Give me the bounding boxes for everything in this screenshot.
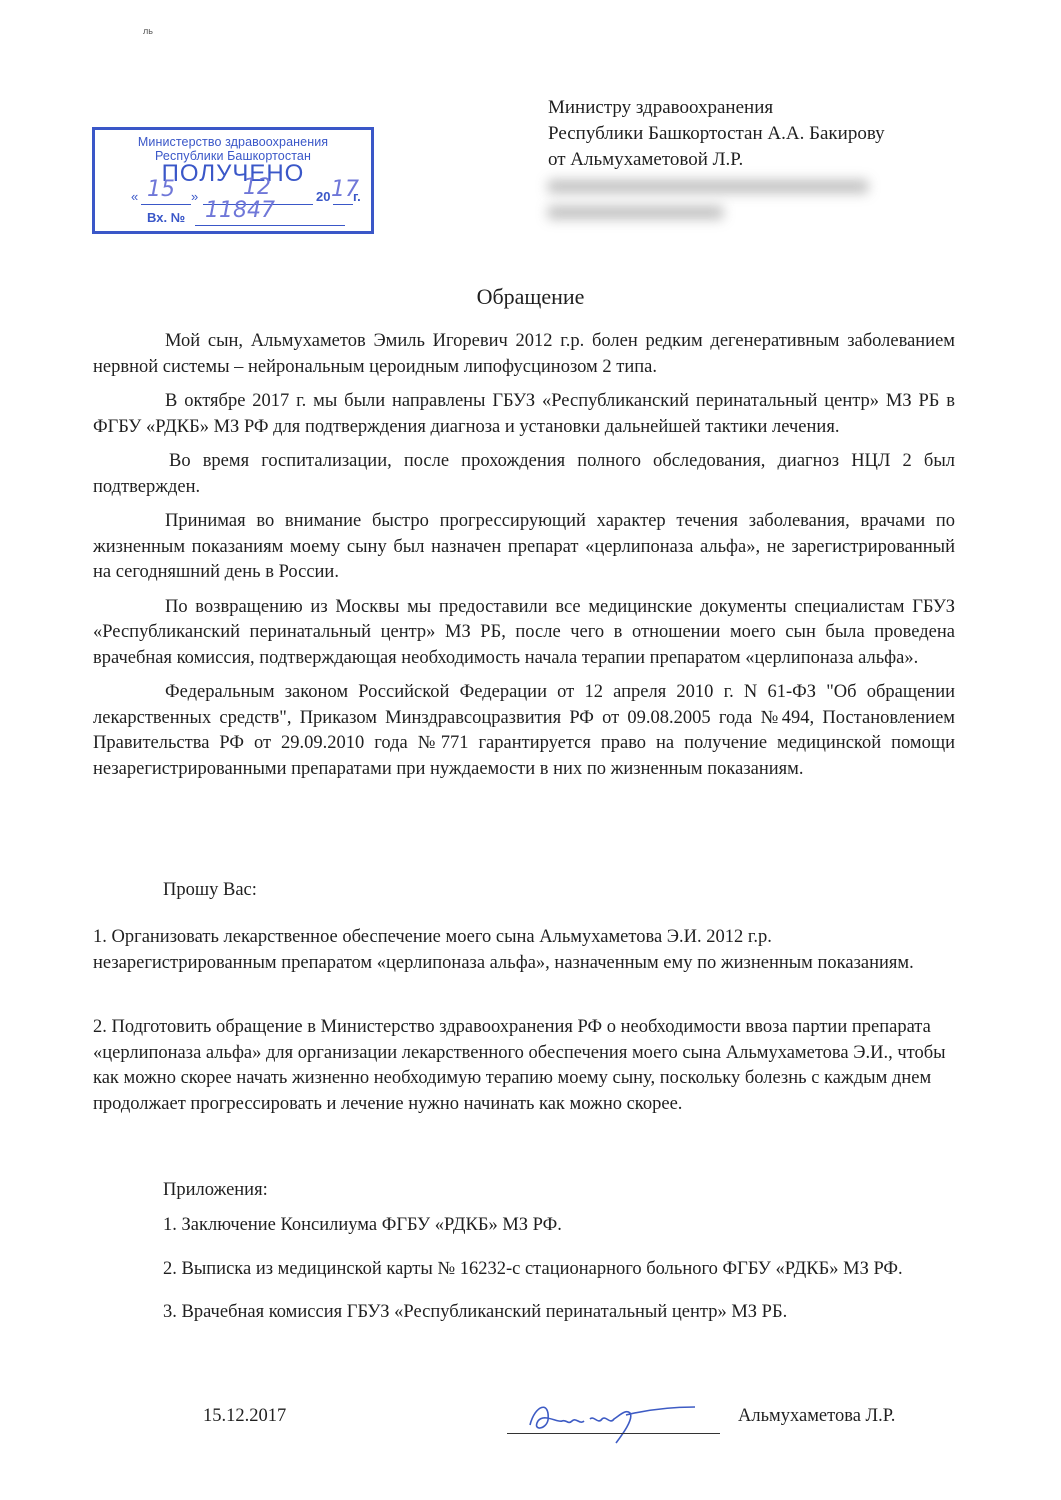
attachment-item: 3. Врачебная комиссия ГБУЗ «Республиканс…: [93, 1300, 955, 1326]
stamp-number: 11847: [205, 198, 275, 223]
paragraph: Принимая во внимание быстро прогрессирую…: [93, 509, 955, 586]
signature-line: [507, 1433, 720, 1434]
request-heading: Прошу Вас:: [163, 880, 257, 901]
paragraph: В октябре 2017 г. мы были направлены ГБУ…: [93, 389, 955, 440]
request-item-1: 1. Организовать лекарственное обеспечени…: [93, 925, 955, 976]
attachment-item: 1. Заключение Консилиума ФГБУ «РДКБ» МЗ …: [93, 1213, 955, 1239]
addressee-line-3: от Альмухаметовой Л.Р.: [548, 147, 885, 173]
received-stamp: Министерство здравоохранения Республики …: [92, 127, 374, 234]
addressee-block: Министру здравоохранения Республики Башк…: [548, 95, 885, 173]
document-title: Обращение: [0, 284, 1061, 310]
paragraph: Мой сын, Альмухаметов Эмиль Игоревич 201…: [93, 329, 955, 380]
stamp-ministry-line: Министерство здравоохранения: [95, 135, 371, 149]
body-paragraphs: Мой сын, Альмухаметов Эмиль Игоревич 201…: [93, 329, 955, 791]
paragraph: Во время госпитализации, после прохожден…: [93, 449, 955, 500]
paragraph: Федеральным законом Российской Федерации…: [93, 680, 955, 782]
stamp-day: 15: [147, 177, 175, 202]
addressee-line-2: Республики Башкортостан А.А. Бакирову: [548, 121, 885, 147]
attachments-heading: Приложения:: [163, 1180, 268, 1201]
addressee-line-1: Министру здравоохранения: [548, 95, 885, 121]
handwritten-signature: [510, 1395, 700, 1445]
signatory-name: Альмухаметова Л.Р.: [738, 1406, 895, 1427]
page-mark: ль: [143, 26, 153, 36]
request-item-2: 2. Подготовить обращение в Министерство …: [93, 1015, 955, 1117]
attachments-list: 1. Заключение Консилиума ФГБУ «РДКБ» МЗ …: [93, 1213, 955, 1344]
attachment-item: 2. Выписка из медицинской карты № 16232-…: [93, 1257, 955, 1283]
paragraph: По возвращению из Москвы мы предоставили…: [93, 595, 955, 672]
stamp-received-label: ПОЛУЧЕНО: [95, 163, 371, 185]
stamp-month: 12: [243, 175, 271, 200]
redacted-address: [548, 180, 868, 232]
signature-date: 15.12.2017: [203, 1406, 286, 1427]
